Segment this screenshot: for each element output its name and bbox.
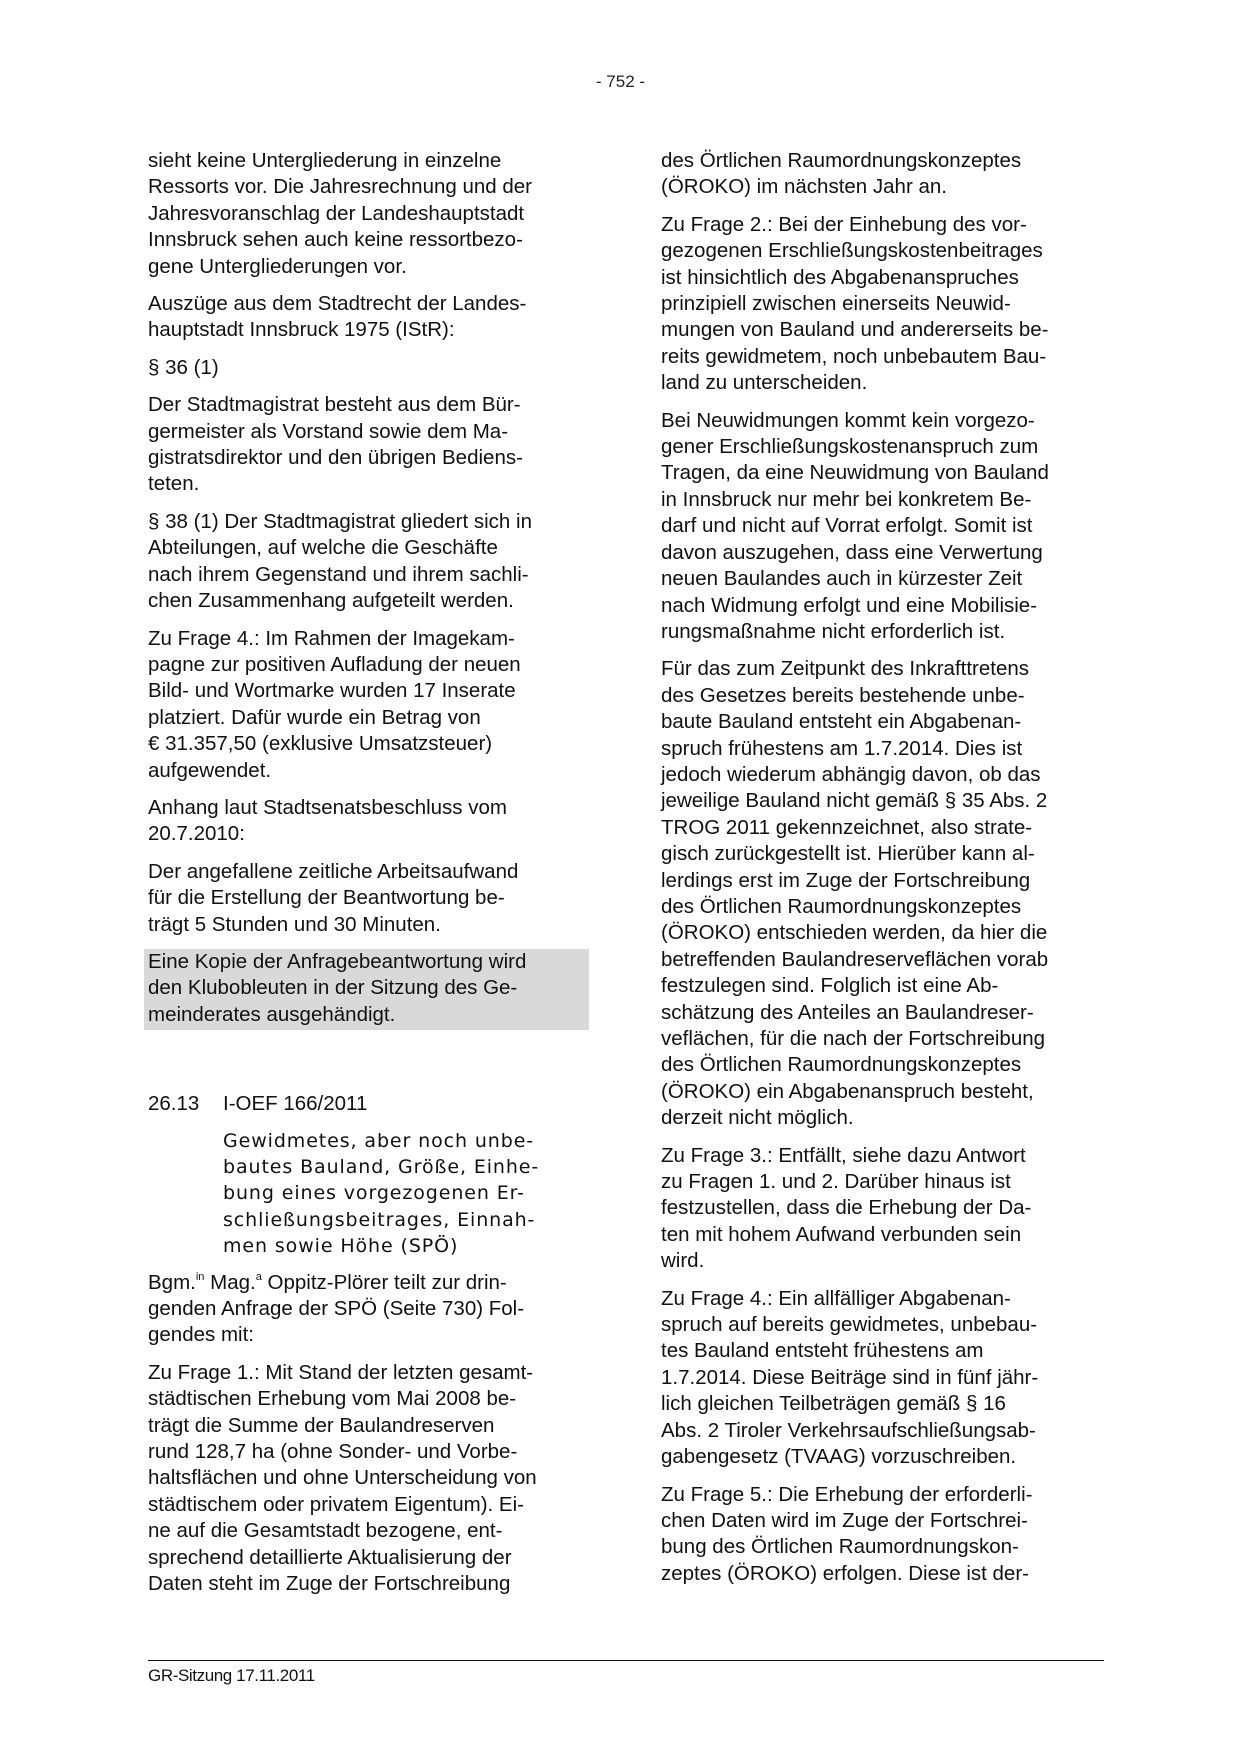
title-abbrev-bgm: Bgm. bbox=[148, 1271, 196, 1294]
footer-divider bbox=[148, 1660, 1104, 1661]
text-line: § 36 (1) bbox=[148, 355, 593, 381]
agenda-item-title: Gewidmetes, aber noch unbe- bautes Baula… bbox=[223, 1128, 593, 1260]
text-line: Abteilungen, auf welche die Geschäfte bbox=[148, 535, 593, 561]
text-line: aufgewendet. bbox=[148, 758, 593, 784]
text-line: jedoch wiederum abhängig davon, ob das bbox=[661, 762, 1106, 788]
text-line: (ÖROKO) ein Abgabenanspruch besteht, bbox=[661, 1079, 1106, 1105]
text-line: meinderates ausgehändigt. bbox=[148, 1002, 585, 1028]
paragraph-intro-buergermeisterin: Bgm.in Mag.a Oppitz-Plörer teilt zur dri… bbox=[148, 1270, 593, 1349]
text-line: gabengesetz (TVAAG) vorzuschreiben. bbox=[661, 1444, 1106, 1470]
text-line: veflächen, für die nach der Fortschreibu… bbox=[661, 1026, 1106, 1052]
paragraph-ressorts: sieht keine Untergliederung in einzelne … bbox=[148, 148, 593, 280]
agenda-item-reference: I-OEF 166/2011 bbox=[223, 1091, 367, 1117]
text-line: gisch zurückgestellt ist. Hierüber kann … bbox=[661, 841, 1106, 867]
text-line: Auszüge aus dem Stadtrecht der Landes- bbox=[148, 291, 593, 317]
left-column: sieht keine Untergliederung in einzelne … bbox=[148, 148, 593, 1609]
page-number: - 752 - bbox=[0, 72, 1241, 92]
text-line: teten. bbox=[148, 471, 593, 497]
text-line: Ressorts vor. Die Jahresrechnung und der bbox=[148, 174, 593, 200]
title-line: schließungsbeitrages, Einnah- bbox=[223, 1207, 593, 1233]
text-line: reits gewidmetem, noch unbebautem Bau- bbox=[661, 344, 1106, 370]
agenda-item-heading: 26.13 I-OEF 166/2011 bbox=[148, 1091, 593, 1117]
text-line: land zu unterscheiden. bbox=[661, 370, 1106, 396]
text-line: Zu Frage 4.: Ein allfälliger Abgabenan- bbox=[661, 1286, 1106, 1312]
text-line: Bild- und Wortmarke wurden 17 Inserate bbox=[148, 678, 593, 704]
text-line: trägt die Summe der Baulandreserven bbox=[148, 1413, 593, 1439]
text-line: Bei Neuwidmungen kommt kein vorgezo- bbox=[661, 408, 1106, 434]
text-line: 1.7.2014. Diese Beiträge sind in fünf jä… bbox=[661, 1365, 1106, 1391]
right-column: des Örtlichen Raumordnungskonzeptes (ÖRO… bbox=[661, 148, 1106, 1598]
text-line: lich gleichen Teilbeträgen gemäß § 16 bbox=[661, 1391, 1106, 1417]
text-line: platziert. Dafür wurde ein Betrag von bbox=[148, 705, 593, 731]
text-line: ten mit hohem Aufwand verbunden sein bbox=[661, 1222, 1106, 1248]
text-line: chen Daten wird im Zuge der Fortschrei- bbox=[661, 1508, 1106, 1534]
text-line: festzulegen sind. Folglich ist eine Ab- bbox=[661, 973, 1106, 999]
paragraph-anhang: Anhang laut Stadtsenatsbeschluss vom 20.… bbox=[148, 795, 593, 848]
text-line: zu Fragen 1. und 2. Darüber hinaus ist bbox=[661, 1169, 1106, 1195]
text-line: § 38 (1) Der Stadtmagistrat gliedert sic… bbox=[148, 509, 593, 535]
text-line: spruch auf bereits gewidmetes, unbebau- bbox=[661, 1312, 1106, 1338]
text-line: neuen Baulandes auch in kürzester Zeit bbox=[661, 566, 1106, 592]
text-line: sieht keine Untergliederung in einzelne bbox=[148, 148, 593, 174]
text-line: ist hinsichtlich des Abgabenanspruches bbox=[661, 265, 1106, 291]
text-line: des Örtlichen Raumordnungskonzeptes bbox=[661, 148, 1106, 174]
text-line: städtischen Erhebung vom Mai 2008 be- bbox=[148, 1386, 593, 1412]
section-spacer bbox=[148, 1041, 593, 1091]
text-line: mungen von Bauland und andererseits be- bbox=[661, 317, 1106, 343]
title-line: men sowie Höhe (SPÖ) bbox=[223, 1233, 593, 1259]
text-line: lerdings erst im Zuge der Fortschreibung bbox=[661, 868, 1106, 894]
text-line: € 31.357,50 (exklusive Umsatzsteuer) bbox=[148, 731, 593, 757]
text-line: Bgm.in Mag.a Oppitz-Plörer teilt zur dri… bbox=[148, 1270, 593, 1296]
title-line: bautes Bauland, Größe, Einhe- bbox=[223, 1154, 593, 1180]
text-line: rungsmaßnahme nicht erforderlich ist. bbox=[661, 619, 1106, 645]
text-line: pagne zur positiven Aufladung der neuen bbox=[148, 652, 593, 678]
agenda-item-number: 26.13 bbox=[148, 1091, 223, 1117]
text-line: derzeit nicht möglich. bbox=[661, 1105, 1106, 1131]
text-line: ne auf die Gesamtstadt bezogene, ent- bbox=[148, 1518, 593, 1544]
text-line: Innsbruck sehen auch keine ressortbezo- bbox=[148, 227, 593, 253]
text-line: Zu Frage 5.: Die Erhebung der erforderli… bbox=[661, 1482, 1106, 1508]
text-line: (ÖROKO) im nächsten Jahr an. bbox=[661, 174, 1106, 200]
text-line: prinzipiell zwischen einerseits Neuwid- bbox=[661, 291, 1106, 317]
text-line: gezogenen Erschließungskostenbeitrages bbox=[661, 238, 1106, 264]
paragraph-section-38: § 38 (1) Der Stadtmagistrat gliedert sic… bbox=[148, 509, 593, 615]
text-line: zeptes (ÖROKO) erfolgen. Diese ist der- bbox=[661, 1561, 1106, 1587]
paragraph-oroko-continuation: des Örtlichen Raumordnungskonzeptes (ÖRO… bbox=[661, 148, 1106, 201]
text-line: baute Bauland entsteht ein Abgabenan- bbox=[661, 709, 1106, 735]
paragraph-frage-2: Zu Frage 2.: Bei der Einhebung des vor- … bbox=[661, 212, 1106, 397]
text-line: Daten steht im Zuge der Fortschreibung bbox=[148, 1571, 593, 1597]
text-line: städtischem oder privatem Eigentum). Ei- bbox=[148, 1492, 593, 1518]
text-line: schätzung des Anteiles an Baulandreser- bbox=[661, 1000, 1106, 1026]
text-line: nach ihrem Gegenstand und ihrem sachli- bbox=[148, 562, 593, 588]
text-line: TROG 2011 gekennzeichnet, also strate- bbox=[661, 815, 1106, 841]
paragraph-inkrafttreten: Für das zum Zeitpunkt des Inkrafttretens… bbox=[661, 656, 1106, 1131]
paragraph-frage-5: Zu Frage 5.: Die Erhebung der erforderli… bbox=[661, 1482, 1106, 1588]
title-line: bung eines vorgezogenen Er- bbox=[223, 1180, 593, 1206]
text-line: betreffenden Baulandreserveflächen vorab bbox=[661, 947, 1106, 973]
text-line: Zu Frage 3.: Entfällt, siehe dazu Antwor… bbox=[661, 1143, 1106, 1169]
text-line: gener Erschließungskostenanspruch zum bbox=[661, 434, 1106, 460]
footer-session-date: GR-Sitzung 17.11.2011 bbox=[148, 1666, 315, 1686]
text-line: rund 128,7 ha (ohne Sonder- und Vorbe- bbox=[148, 1439, 593, 1465]
text-line: Jahresvoranschlag der Landeshauptstadt bbox=[148, 201, 593, 227]
text-line: festzustellen, dass die Erhebung der Da- bbox=[661, 1195, 1106, 1221]
paragraph-frage-1: Zu Frage 1.: Mit Stand der letzten gesam… bbox=[148, 1360, 593, 1598]
text-line: Abs. 2 Tiroler Verkehrsaufschließungsab- bbox=[661, 1418, 1106, 1444]
text-line: spruch frühestens am 1.7.2014. Dies ist bbox=[661, 736, 1106, 762]
text-line: Zu Frage 1.: Mit Stand der letzten gesam… bbox=[148, 1360, 593, 1386]
text-line: bung des Örtlichen Raumordnungskon- bbox=[661, 1534, 1106, 1560]
paragraph-stadtmagistrat: Der Stadtmagistrat besteht aus dem Bür- … bbox=[148, 392, 593, 498]
text-line: Der angefallene zeitliche Arbeitsaufwand bbox=[148, 859, 593, 885]
paragraph-stadtrecht: Auszüge aus dem Stadtrecht der Landes- h… bbox=[148, 291, 593, 344]
text-line: darf und nicht auf Vorrat erfolgt. Somit… bbox=[661, 513, 1106, 539]
highlighted-notice: Eine Kopie der Anfragebeantwortung wird … bbox=[144, 949, 589, 1030]
intro-text: Oppitz-Plörer teilt zur drin- bbox=[262, 1271, 507, 1294]
title-abbrev-mag: Mag. bbox=[204, 1271, 255, 1294]
text-line: sprechend detaillierte Aktualisierung de… bbox=[148, 1545, 593, 1571]
paragraph-neuwidmungen: Bei Neuwidmungen kommt kein vorgezo- gen… bbox=[661, 408, 1106, 646]
text-line: Zu Frage 2.: Bei der Einhebung des vor- bbox=[661, 212, 1106, 238]
text-line: jeweilige Bauland nicht gemäß § 35 Abs. … bbox=[661, 788, 1106, 814]
text-line: chen Zusammenhang aufgeteilt werden. bbox=[148, 588, 593, 614]
text-line: Zu Frage 4.: Im Rahmen der Imagekam- bbox=[148, 626, 593, 652]
text-line: nach Widmung erfolgt und eine Mobilisie- bbox=[661, 593, 1106, 619]
text-line: germeister als Vorstand sowie dem Ma- bbox=[148, 419, 593, 445]
text-line: für die Erstellung der Beantwortung be- bbox=[148, 885, 593, 911]
text-line: gistratsdirektor und den übrigen Bediens… bbox=[148, 445, 593, 471]
text-line: davon auszugehen, dass eine Verwertung bbox=[661, 540, 1106, 566]
text-line: des Örtlichen Raumordnungskonzeptes bbox=[661, 894, 1106, 920]
text-line: tes Bauland entsteht frühestens am bbox=[661, 1338, 1106, 1364]
paragraph-frage-4-imagekampagne: Zu Frage 4.: Im Rahmen der Imagekam- pag… bbox=[148, 626, 593, 784]
text-line: den Klubobleuten in der Sitzung des Ge- bbox=[148, 975, 585, 1001]
paragraph-section-36: § 36 (1) bbox=[148, 355, 593, 381]
text-line: (ÖROKO) entschieden werden, da hier die bbox=[661, 920, 1106, 946]
text-line: genden Anfrage der SPÖ (Seite 730) Fol- bbox=[148, 1296, 593, 1322]
paragraph-arbeitsaufwand: Der angefallene zeitliche Arbeitsaufwand… bbox=[148, 859, 593, 938]
text-line: gendes mit: bbox=[148, 1322, 593, 1348]
paragraph-frage-3: Zu Frage 3.: Entfällt, siehe dazu Antwor… bbox=[661, 1143, 1106, 1275]
text-line: hauptstadt Innsbruck 1975 (IStR): bbox=[148, 317, 593, 343]
text-line: Anhang laut Stadtsenatsbeschluss vom bbox=[148, 795, 593, 821]
text-line: trägt 5 Stunden und 30 Minuten. bbox=[148, 912, 593, 938]
text-line: Für das zum Zeitpunkt des Inkrafttretens bbox=[661, 656, 1106, 682]
paragraph-frage-4-abgabenanspruch: Zu Frage 4.: Ein allfälliger Abgabenan- … bbox=[661, 1286, 1106, 1471]
text-line: Tragen, da eine Neuwidmung von Bauland bbox=[661, 460, 1106, 486]
text-line: gene Untergliederungen vor. bbox=[148, 254, 593, 280]
text-line: wird. bbox=[661, 1248, 1106, 1274]
title-line: Gewidmetes, aber noch unbe- bbox=[223, 1128, 593, 1154]
text-line: des Gesetzes bereits bestehende unbe- bbox=[661, 683, 1106, 709]
text-line: 20.7.2010: bbox=[148, 821, 593, 847]
text-line: des Örtlichen Raumordnungskonzeptes bbox=[661, 1052, 1106, 1078]
text-line: Eine Kopie der Anfragebeantwortung wird bbox=[148, 949, 585, 975]
text-line: in Innsbruck nur mehr bei konkretem Be- bbox=[661, 487, 1106, 513]
text-line: Der Stadtmagistrat besteht aus dem Bür- bbox=[148, 392, 593, 418]
text-line: haltsflächen und ohne Unterscheidung von bbox=[148, 1465, 593, 1491]
